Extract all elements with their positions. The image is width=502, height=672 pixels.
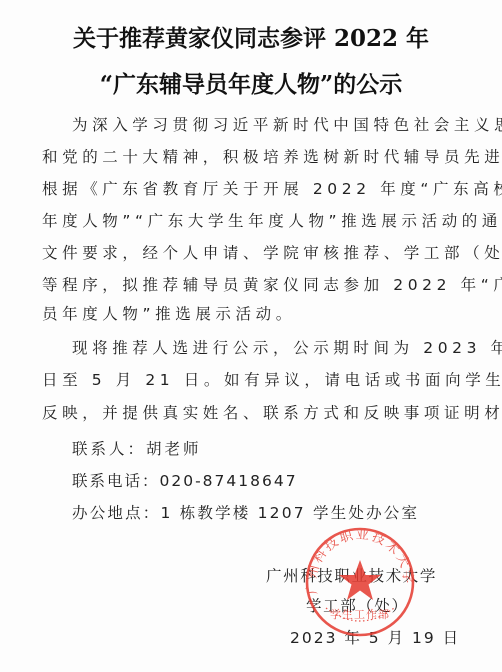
document-title-line-2: “广东辅导员年度人物”的公示 <box>0 70 502 100</box>
paragraph-line: 和党的二十大精神，积极培养选树新时代辅导员先进榜样， <box>42 147 502 167</box>
document-title-line-1: 关于推荐黄家仪同志参评 2022 年 <box>0 24 502 54</box>
paragraph-line: 为深入学习贯彻习近平新时代中国特色社会主义思想 <box>72 115 502 135</box>
paragraph-line: 反映，并提供真实姓名、联系方式和反映事项证明材料等。 <box>42 403 502 423</box>
signature-date: 2023 年 5 月 19 日 <box>290 628 460 648</box>
signature-department: 学工部（处） <box>306 596 409 616</box>
paragraph-line: 等程序，拟推荐辅导员黄家仪同志参加 2022 年“广东辅导 <box>42 275 502 295</box>
paragraph-line: 员年度人物”推选展示活动。 <box>42 304 296 324</box>
paragraph-line: 现将推荐人选进行公示，公示期时间为 2023 年 5 月 19 <box>72 338 502 358</box>
office-location: 办公地点：1 栋教学楼 1207 学生处办公室 <box>72 503 419 523</box>
contact-person: 联系人：胡老师 <box>72 439 202 459</box>
paragraph-line: 日至 5 月 21 日。如有异议，请电话或书面向学生工作部（处） <box>42 370 502 390</box>
paragraph-line: 根据《广东省教育厅关于开展 2022 年度“广东高校辅导员 <box>42 179 502 199</box>
document-page: 关于推荐黄家仪同志参评 2022 年 “广东辅导员年度人物”的公示 为深入学习贯… <box>0 0 502 672</box>
paragraph-line: 年度人物”“广东大学生年度人物”推选展示活动的通知》 <box>42 211 502 231</box>
signature-organization: 广州科技职业技术大学 <box>266 566 437 586</box>
paragraph-line: 文件要求，经个人申请、学院审核推荐、学工部（处）评审 <box>42 243 502 263</box>
contact-phone: 联系电话：020-87418647 <box>72 471 298 491</box>
